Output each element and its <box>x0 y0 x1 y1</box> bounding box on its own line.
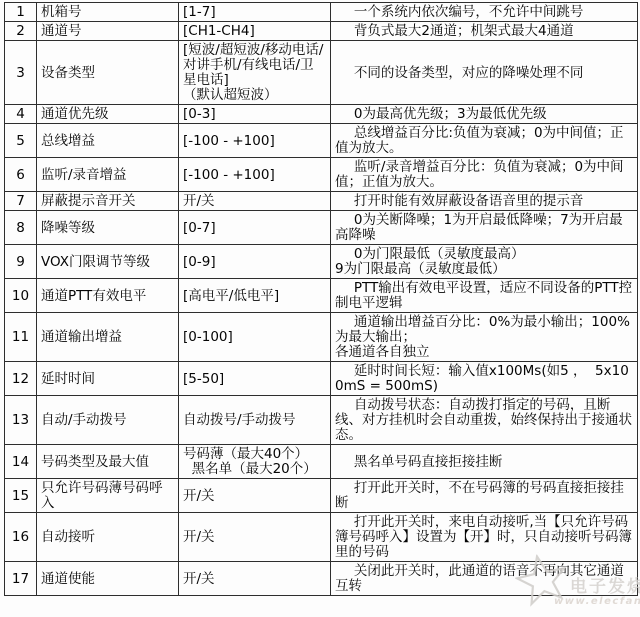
table-row: 4 通道优先级 [0-3] 0为最高优先级；3为最低优先级 <box>5 105 638 124</box>
table-row: 1 机箱号 [1-7] 一个系统内依次编号，不允许中间跳号 <box>5 3 638 22</box>
parameter-table-body: 1 机箱号 [1-7] 一个系统内依次编号，不允许中间跳号 2 通道号 [CH1… <box>5 3 638 596</box>
value-range-cell: 自动拨号/手动拨号 <box>179 396 331 445</box>
row-number-cell: 10 <box>5 279 37 313</box>
description-cell: 打开此开关时，来电自动接听,当【只允许号码簿号码呼入】设置为【开】时，只自动接听… <box>331 513 638 562</box>
table-row: 7 屏蔽提示音开关 开/关 打开时能有效屏蔽设备语音里的提示音 <box>5 192 638 211</box>
value-range-cell: 号码薄（最大40个） 黑名单（最大20个） <box>179 445 331 479</box>
row-number-cell: 16 <box>5 513 37 562</box>
description-cell: 打开时能有效屏蔽设备语音里的提示音 <box>331 192 638 211</box>
description-cell: 背负式最大2通道；机架式最大4通道 <box>331 22 638 41</box>
row-number-cell: 9 <box>5 245 37 279</box>
value-range-cell: [高电平/低电平] <box>179 279 331 313</box>
table-row: 3 设备类型 [短波/超短波/移动电话/对讲手机/有线电话/卫星电话] （默认超… <box>5 41 638 105</box>
value-range-cell: [0-3] <box>179 105 331 124</box>
value-range-cell: [1-7] <box>179 3 331 22</box>
table-row: 5 总线增益 [-100 - +100] 总线增益百分比:负值为衰减；0为中间值… <box>5 124 638 158</box>
table-row: 14 号码类型及最大值 号码薄（最大40个） 黑名单（最大20个） 黑名单号码直… <box>5 445 638 479</box>
row-number-cell: 12 <box>5 362 37 396</box>
table-row: 9 VOX门限调节等级 [0-9] 0为门限最低（灵敏度最高） 9为门限最高（灵… <box>5 245 638 279</box>
description-cell: 关闭此开关时，此通道的语音不再向其它通道互转 <box>331 562 638 596</box>
value-range-cell: 开/关 <box>179 479 331 513</box>
table-row: 13 自动/手动拨号 自动拨号/手动拨号 自动拨号状态：自动拨打指定的号码，且断… <box>5 396 638 445</box>
table-row: 10 通道PTT有效电平 [高电平/低电平] PTT输出有效电平设置，适应不同设… <box>5 279 638 313</box>
row-number-cell: 4 <box>5 105 37 124</box>
watermark-url: www.elecfans.com <box>554 596 640 607</box>
param-name-cell: 降噪等级 <box>37 211 179 245</box>
param-name-cell: 监听/录音增益 <box>37 158 179 192</box>
table-row: 8 降噪等级 [0-7] 0为关断降噪；1为开启最低降噪；7为开启最高降噪 <box>5 211 638 245</box>
row-number-cell: 7 <box>5 192 37 211</box>
param-name-cell: 通道号 <box>37 22 179 41</box>
document-page: 1 机箱号 [1-7] 一个系统内依次编号，不允许中间跳号 2 通道号 [CH1… <box>0 0 640 617</box>
description-cell: 0为门限最低（灵敏度最高） 9为门限最高（灵敏度最低） <box>331 245 638 279</box>
row-number-cell: 1 <box>5 3 37 22</box>
param-name-cell: 延时时间 <box>37 362 179 396</box>
description-cell: 0为最高优先级；3为最低优先级 <box>331 105 638 124</box>
param-name-cell: 只允许号码薄号码呼入 <box>37 479 179 513</box>
table-row: 2 通道号 [CH1-CH4] 背负式最大2通道；机架式最大4通道 <box>5 22 638 41</box>
description-cell: 不同的设备类型，对应的降噪处理不同 <box>331 41 638 105</box>
param-name-cell: 屏蔽提示音开关 <box>37 192 179 211</box>
param-name-cell: 自动/手动拨号 <box>37 396 179 445</box>
value-range-cell: [0-100] <box>179 313 331 362</box>
description-cell: 总线增益百分比:负值为衰减；0为中间值；正值为放大。 <box>331 124 638 158</box>
value-range-cell: [0-9] <box>179 245 331 279</box>
description-cell: 打开此开关时，不在号码簿的号码直接拒接挂断 <box>331 479 638 513</box>
row-number-cell: 6 <box>5 158 37 192</box>
value-range-cell: [-100 - +100] <box>179 158 331 192</box>
row-number-cell: 11 <box>5 313 37 362</box>
row-number-cell: 3 <box>5 41 37 105</box>
description-cell: 通道输出增益百分比：0%为最小输出；100%为最大输出； 各通道各自独立 <box>331 313 638 362</box>
param-name-cell: 设备类型 <box>37 41 179 105</box>
description-cell: PTT输出有效电平设置，适应不同设备的PTT控制电平逻辑 <box>331 279 638 313</box>
value-range-cell: 开/关 <box>179 562 331 596</box>
table-row: 6 监听/录音增益 [-100 - +100] 监听/录音增益百分比：负值为衰减… <box>5 158 638 192</box>
row-number-cell: 13 <box>5 396 37 445</box>
value-range-cell: [-100 - +100] <box>179 124 331 158</box>
value-range-cell: [0-7] <box>179 211 331 245</box>
param-name-cell: VOX门限调节等级 <box>37 245 179 279</box>
value-range-cell: [短波/超短波/移动电话/对讲手机/有线电话/卫星电话] （默认超短波） <box>179 41 331 105</box>
param-name-cell: 机箱号 <box>37 3 179 22</box>
description-cell: 延时时间长短：输入值x100Ms(如5 ， 5x100mS = 500mS) <box>331 362 638 396</box>
param-name-cell: 通道优先级 <box>37 105 179 124</box>
row-number-cell: 15 <box>5 479 37 513</box>
table-row: 17 通道使能 开/关 关闭此开关时，此通道的语音不再向其它通道互转 <box>5 562 638 596</box>
row-number-cell: 17 <box>5 562 37 596</box>
description-cell: 自动拨号状态：自动拨打指定的号码，且断线、对方挂机时会自动重拨，始终保持出于接通… <box>331 396 638 445</box>
param-name-cell: 通道使能 <box>37 562 179 596</box>
param-name-cell: 号码类型及最大值 <box>37 445 179 479</box>
table-row: 12 延时时间 [5-50] 延时时间长短：输入值x100Ms(如5 ， 5x1… <box>5 362 638 396</box>
param-name-cell: 通道输出增益 <box>37 313 179 362</box>
param-name-cell: 通道PTT有效电平 <box>37 279 179 313</box>
parameter-table: 1 机箱号 [1-7] 一个系统内依次编号，不允许中间跳号 2 通道号 [CH1… <box>4 2 638 596</box>
value-range-cell: 开/关 <box>179 192 331 211</box>
description-cell: 一个系统内依次编号，不允许中间跳号 <box>331 3 638 22</box>
value-range-cell: [5-50] <box>179 362 331 396</box>
row-number-cell: 2 <box>5 22 37 41</box>
row-number-cell: 8 <box>5 211 37 245</box>
value-range-cell: [CH1-CH4] <box>179 22 331 41</box>
row-number-cell: 14 <box>5 445 37 479</box>
description-cell: 黑名单号码直接拒接挂断 <box>331 445 638 479</box>
table-row: 16 自动接听 开/关 打开此开关时，来电自动接听,当【只允许号码簿号码呼入】设… <box>5 513 638 562</box>
description-cell: 0为关断降噪；1为开启最低降噪；7为开启最高降噪 <box>331 211 638 245</box>
param-name-cell: 总线增益 <box>37 124 179 158</box>
table-row: 11 通道输出增益 [0-100] 通道输出增益百分比：0%为最小输出；100%… <box>5 313 638 362</box>
value-range-cell: 开/关 <box>179 513 331 562</box>
row-number-cell: 5 <box>5 124 37 158</box>
table-row: 15 只允许号码薄号码呼入 开/关 打开此开关时，不在号码簿的号码直接拒接挂断 <box>5 479 638 513</box>
param-name-cell: 自动接听 <box>37 513 179 562</box>
description-cell: 监听/录音增益百分比：负值为衰减；0为中间值；正值为放大。 <box>331 158 638 192</box>
